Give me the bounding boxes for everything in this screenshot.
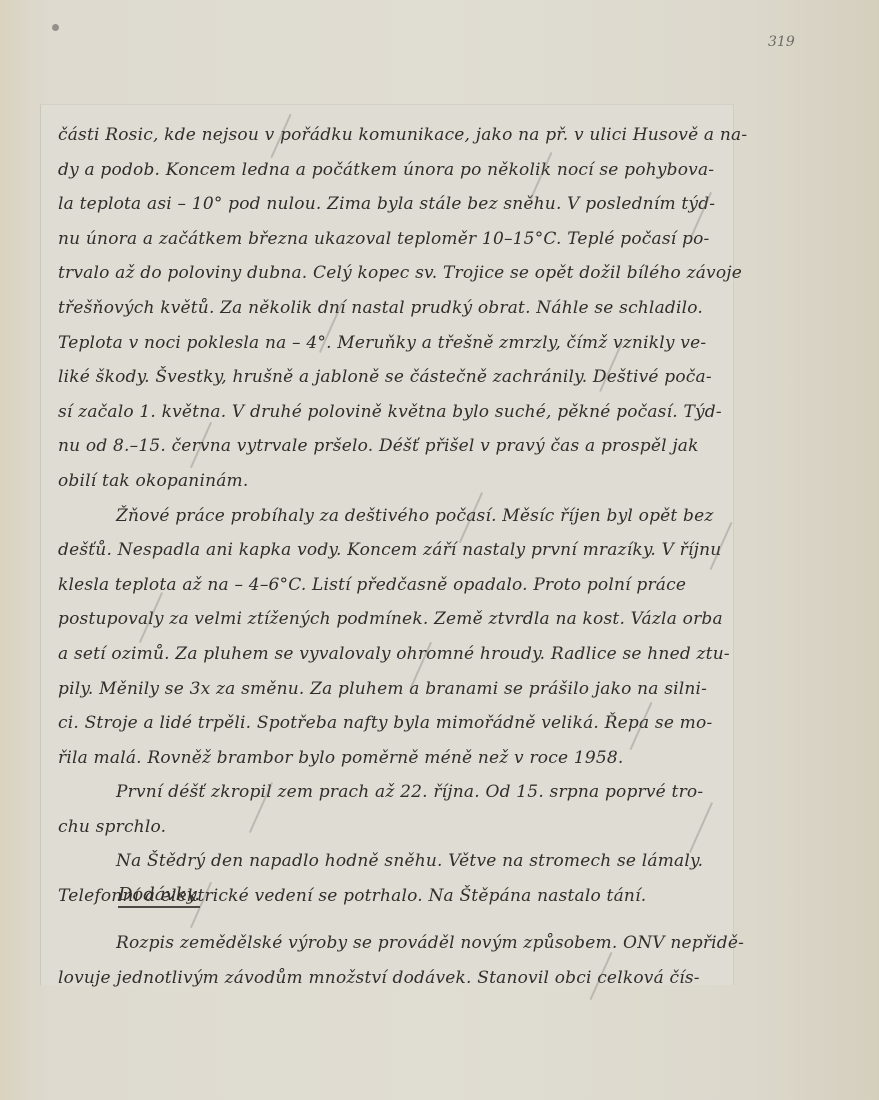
text-line: Rozpis zemědělské výroby se prováděl nov… [58,926,738,961]
handwritten-text: části Rosic, kde nejsou v pořádku komuni… [58,118,738,914]
text-line: dy a podob. Koncem ledna a počátkem únor… [58,153,738,188]
text-line: sí začalo 1. května. V druhé polovině kv… [58,395,738,430]
ink-spot [52,24,59,31]
text-line: První déšť zkropil zem prach až 22. říjn… [58,775,738,810]
text-line: lovuje jednotlivým závodům množství dodá… [58,961,738,996]
text-line: nu února a začátkem března ukazoval tepl… [58,222,738,257]
text-line: řila malá. Rovněž brambor bylo poměrně m… [58,741,738,776]
text-line: a setí ozimů. Za pluhem se vyvalovaly oh… [58,637,738,672]
chronicle-page: 319 části Rosic, kde nejsou v pořádku ko… [0,0,879,1100]
text-line: Žňové práce probíhaly za deštivého počas… [58,499,738,534]
handwritten-text-continued: Rozpis zemědělské výroby se prováděl nov… [58,926,738,995]
text-line: třešňových květů. Za několik dní nastal … [58,291,738,326]
text-line: obilí tak okopaninám. [58,464,738,499]
text-line: nu od 8.–15. června vytrvale pršelo. Déš… [58,429,738,464]
text-line: části Rosic, kde nejsou v pořádku komuni… [58,118,738,153]
text-line: liké škody. Švestky, hrušně a jabloně se… [58,360,738,395]
text-line: pily. Měnily se 3x za směnu. Za pluhem a… [58,672,738,707]
page-number: 319 [768,34,795,50]
text-line: Teplota v noci poklesla na – 4°. Meruňky… [58,326,738,361]
text-line: postupovaly za velmi ztížených podmínek.… [58,602,738,637]
section-heading: Dodávky. [118,884,200,908]
text-line: Na Štědrý den napadlo hodně sněhu. Větve… [58,844,738,879]
text-line: chu sprchlo. [58,810,738,845]
text-line: dešťů. Nespadla ani kapka vody. Koncem z… [58,533,738,568]
text-line: la teplota asi – 10° pod nulou. Zima byl… [58,187,738,222]
text-line: trvalo až do poloviny dubna. Celý kopec … [58,256,738,291]
text-line: klesla teplota až na – 4–6°C. Listí před… [58,568,738,603]
text-line: ci. Stroje a lidé trpěli. Spotřeba nafty… [58,706,738,741]
